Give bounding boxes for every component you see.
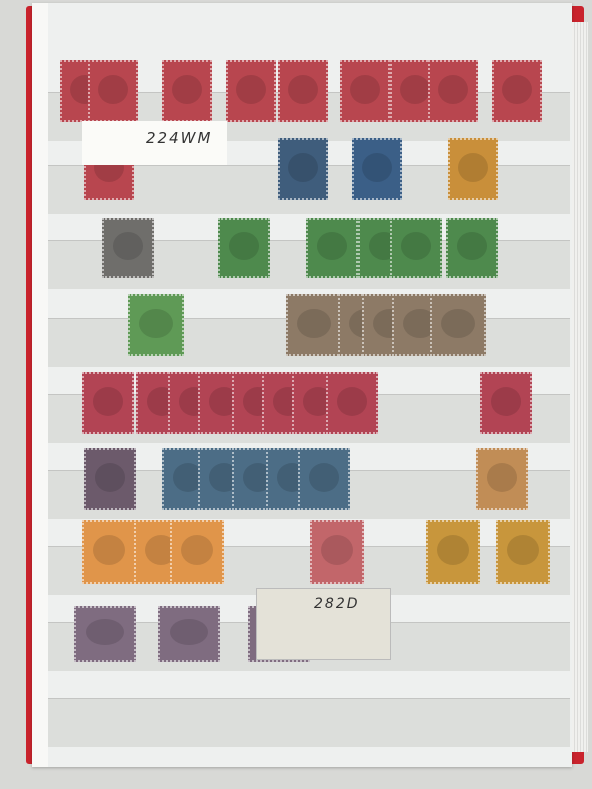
stamp [286, 294, 342, 356]
stamp [162, 60, 212, 122]
stamp [170, 520, 224, 584]
label-282d-text: 282D [314, 596, 360, 612]
stamp [74, 606, 136, 662]
stamp [446, 218, 498, 278]
label-224wm: 224WM [82, 121, 227, 165]
stamp [226, 60, 276, 122]
stamp [82, 520, 136, 584]
stamp [390, 218, 442, 278]
stamp [340, 60, 390, 122]
stamp [310, 520, 364, 584]
stamp [88, 60, 138, 122]
stamp [82, 372, 134, 434]
stamp [496, 520, 550, 584]
stamp [158, 606, 220, 662]
stamp [84, 448, 136, 510]
stamp [428, 60, 478, 122]
page-binding [32, 3, 48, 767]
stamp [476, 448, 528, 510]
stamp [306, 218, 358, 278]
stamp [430, 294, 486, 356]
page-edges [572, 22, 588, 752]
stock-strip [48, 698, 570, 747]
stamp [492, 60, 542, 122]
stamp [298, 448, 350, 510]
stamp [278, 60, 328, 122]
stamp [480, 372, 532, 434]
stamp [218, 218, 270, 278]
stamp [278, 138, 328, 200]
stamp [426, 520, 480, 584]
stamp [102, 218, 154, 278]
stamp [448, 138, 498, 200]
stamp [352, 138, 402, 200]
stamp [326, 372, 378, 434]
stamp [128, 294, 184, 356]
